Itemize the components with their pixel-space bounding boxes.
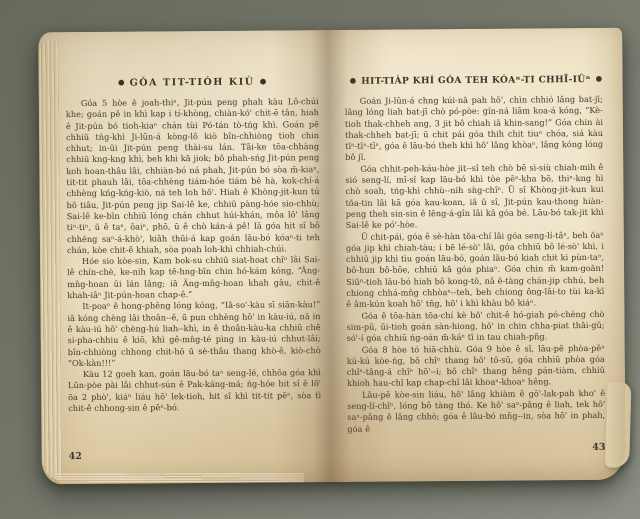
paragraph: It-poaⁿ ê hong-phêng lóng kóng, “Iâ-so'-… bbox=[67, 299, 321, 369]
left-page-number: 42 bbox=[69, 451, 82, 462]
under-page-corner bbox=[605, 381, 631, 468]
photo-background: ●GÓA TIT-TIÓH KIÙ● Góa 5 hòe ê joah-thiⁿ… bbox=[0, 0, 640, 519]
header-ornament-icon: ● bbox=[113, 78, 130, 87]
paragraph: Ū chit-pái, góa ê sè-hàn tōa-chí lâi góa… bbox=[346, 229, 605, 310]
right-page-number: 43 bbox=[347, 442, 605, 455]
left-page-text: Góa 5 hòe ê joah-thiⁿ, Jit-pún peng phah… bbox=[66, 96, 322, 476]
page-edge-stack bbox=[39, 40, 61, 480]
paragraph: Góa 8 hòe tó hiā-chhù. Góa 9 hòe ê sî, l… bbox=[347, 342, 605, 389]
header-ornament-icon: ● bbox=[591, 74, 608, 83]
open-book: ●GÓA TIT-TIÓH KIÙ● Góa 5 hòe ê joah-thiⁿ… bbox=[38, 28, 626, 485]
paragraph: Góa chhit-peh-káu-hòe jit--sî teh chò bē… bbox=[345, 162, 604, 232]
header-ornament-icon: ● bbox=[345, 76, 362, 85]
right-page: ●HIT-TIA̍P KHÍ GÓA TEH KÓAⁿ-TI CHHĪ-IÛⁿ●… bbox=[345, 74, 606, 474]
paragraph: Góa ê tōa-hàn tōa-chí kè hō' chit-ê hó-g… bbox=[346, 309, 604, 345]
right-page-header: ●HIT-TIA̍P KHÍ GÓA TEH KÓAⁿ-TI CHHĪ-IÛⁿ● bbox=[345, 74, 603, 87]
right-page-text: Goán Ji-lūn-á chng kúi-nā pah hō', chìn … bbox=[345, 94, 606, 474]
left-page-header: ●GÓA TIT-TIÓH KIÙ● bbox=[66, 76, 319, 89]
left-page-title: GÓA TIT-TIÓH KIÙ bbox=[130, 77, 255, 89]
paragraph: Goán Ji-lūn-á chng kúi-nā pah hō', chìn … bbox=[345, 94, 604, 164]
left-page: ●GÓA TIT-TIÓH KIÙ● Góa 5 hòe ê joah-thiⁿ… bbox=[66, 76, 322, 476]
paragraph: Lāu-pē kòe-sin liáu, hō' lâng khiàm ê gō… bbox=[347, 388, 605, 435]
paragraph: Hóe sio kòe-sin, Kam bok-su chhiū siat-h… bbox=[67, 254, 320, 301]
right-page-title: HIT-TIA̍P KHÍ GÓA TEH KÓAⁿ-TI CHHĪ-IÛⁿ bbox=[361, 75, 591, 87]
paragraph: Kàu 12 goeh kan, goán lāu-bó taⁿ seng-lé… bbox=[68, 367, 321, 414]
header-ornament-icon: ● bbox=[255, 76, 272, 85]
paragraph: Góa 5 hòe ê joah-thiⁿ, Jit-pún peng phah… bbox=[66, 96, 320, 256]
